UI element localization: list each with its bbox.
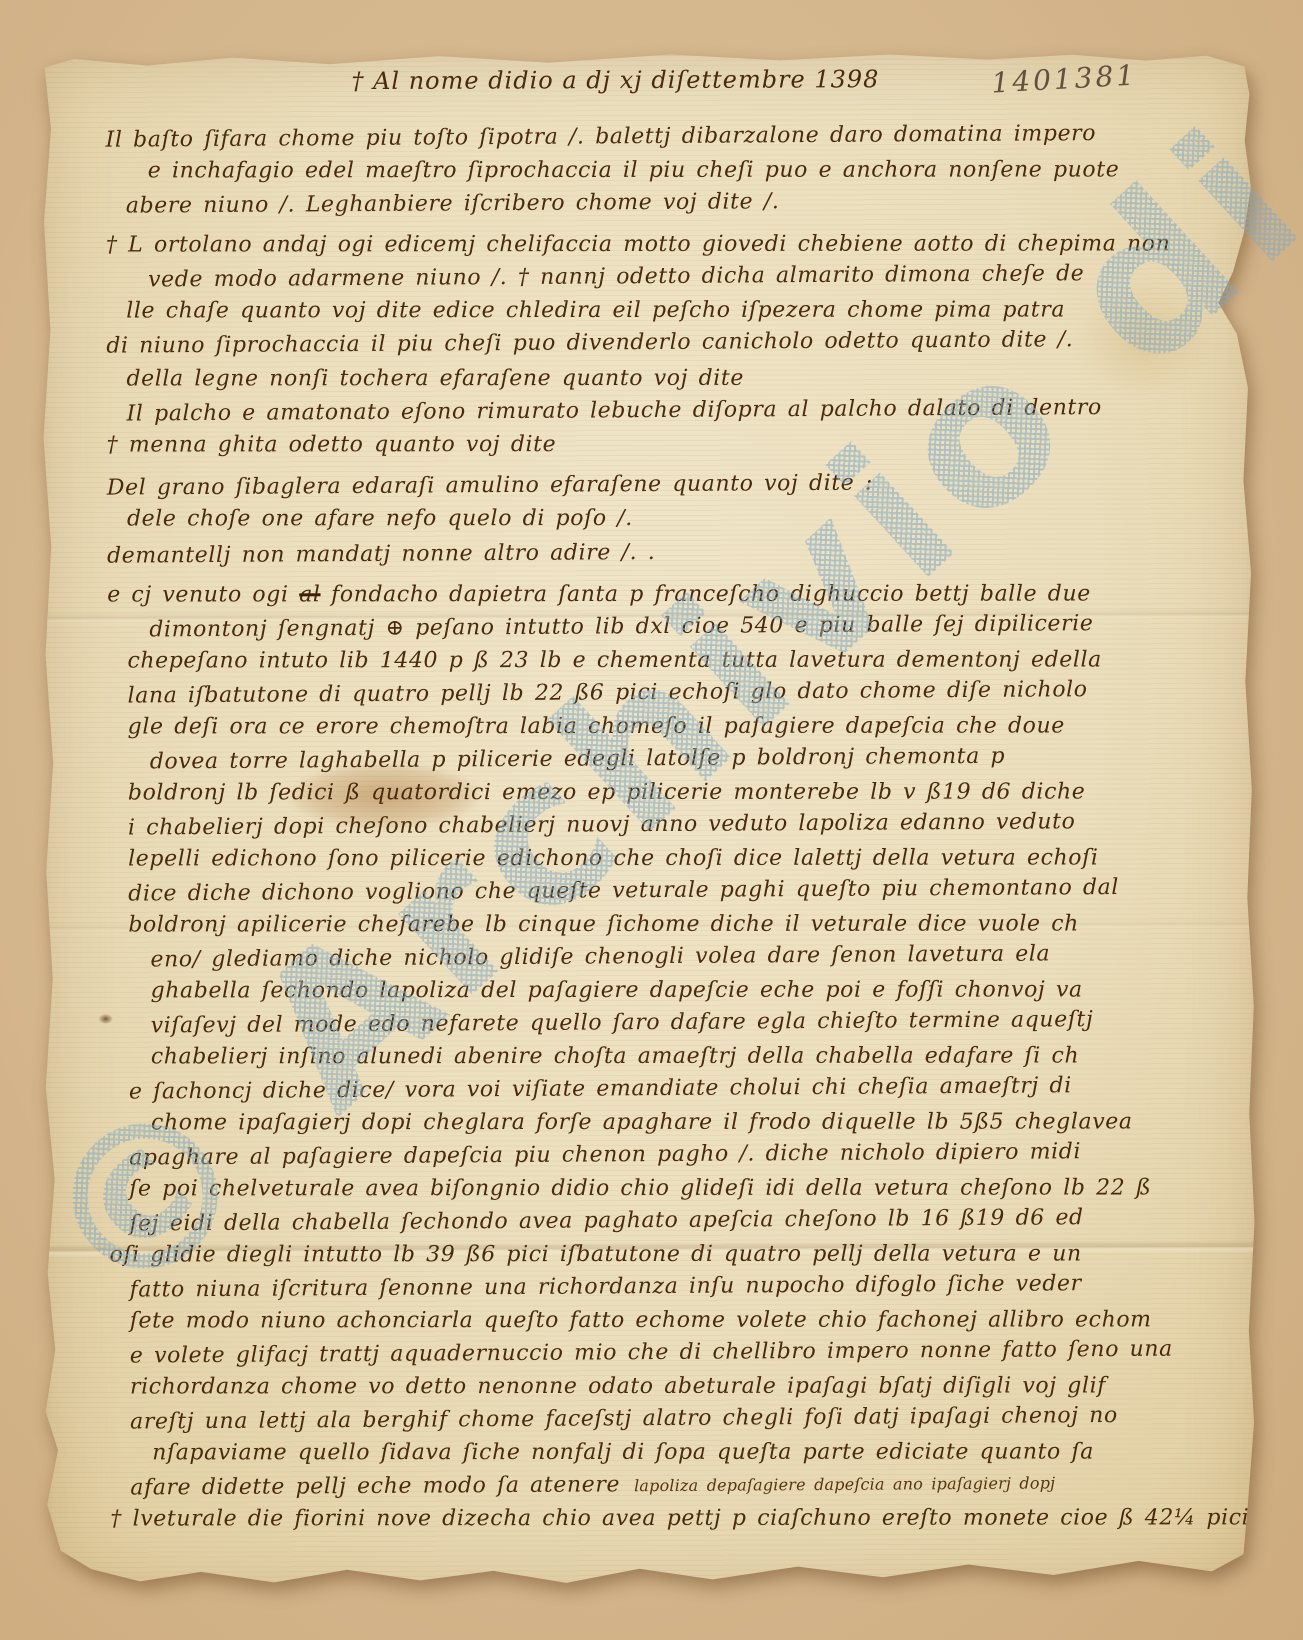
manuscript-line: lle chaſe quanto voj dite edice chledira… [126, 295, 1222, 325]
cancelled-word: al [299, 582, 320, 607]
manuscript-line: areſtj una lettj ala berghif chome faceſ… [130, 1400, 1226, 1436]
manuscript-line: dovea torre laghabella p pilicerie edegl… [150, 740, 1224, 776]
manuscript-line: nſapaviame quello ſidava ſiche nonfalj d… [152, 1437, 1226, 1467]
manuscript-line: richordanza chome vo detto nenonne odato… [130, 1371, 1226, 1401]
manuscript-line: fatto niuna iſcritura ſenonne una richor… [130, 1268, 1226, 1304]
manuscript-line: ghabella ſechondo lapoliza del paſagiere… [151, 975, 1225, 1005]
manuscript-line: chome ipaſagierj dopi cheglara forſe apa… [151, 1107, 1225, 1137]
manuscript-line: dice diche dichono vogliono che queſte v… [128, 872, 1224, 908]
manuscript-line: della legne nonſi tochera efaraſene quan… [126, 363, 1222, 393]
manuscript-line: lepelli edichono ſono pilicerie edichono… [128, 843, 1224, 873]
manuscript-line: oſi glidie diegli intutto lb 39 ß6 pici … [109, 1239, 1225, 1269]
manuscript-line: chepeſano intuto lib 1440 p ß 23 lb e ch… [127, 645, 1223, 675]
manuscript-line: demantellj non mandatj nonne altro adire… [107, 534, 1223, 570]
manuscript-line: lana iſbatutone di quatro pellj lb 22 ß6… [127, 674, 1223, 710]
manuscript-line: vede modo adarmene niuno /. † nannj odet… [148, 258, 1222, 294]
manuscript-line: di niuno ſiprochaccia il piu cheſi puo d… [106, 324, 1222, 360]
manuscript-paper: 1401381 † Al nome didio a dj xj diſettem… [37, 48, 1260, 1597]
manuscript-line: boldronj apilicerie cheſarebe lb cinque … [128, 909, 1224, 939]
manuscript-line: † menna ghita odetto quanto voj dite [107, 429, 1223, 459]
manuscript-line: e ſachoncj diche dice/ vora voi viſiate … [129, 1070, 1225, 1106]
manuscript-line: e cj venuto ogi al fondacho dapietra ſan… [107, 579, 1223, 609]
manuscript-line: ſete modo niuno achonciarla queſto fatto… [130, 1305, 1226, 1335]
manuscript-line: boldronj lb ſedici ß quatordici emezo ep… [128, 777, 1224, 807]
line-segment: afare didette pellj eche modo ſa atenere [130, 1472, 620, 1500]
line-segment: e cj venuto ogi [107, 582, 299, 607]
manuscript-text: † Al nome didio a dj xj diſettembre 1398… [83, 64, 1226, 1538]
manuscript-line: dimontonj ſengnatj ⊕ peſano intutto lib … [149, 608, 1223, 644]
manuscript-line: Il baſto ſifara chome piu toſto ſipotra … [106, 118, 1222, 154]
manuscript-line: e volete glifacj trattj aquadernuccio mi… [130, 1334, 1226, 1370]
line-segment: fondacho dapietra ſanta p franceſcho dig… [321, 581, 1091, 607]
manuscript-line: apaghare al paſagiere dapeſcia piu cheno… [129, 1136, 1225, 1172]
manuscript-line: gle deſi ora ce erore chemoſtra labia ch… [128, 711, 1224, 741]
manuscript-line: abere niuno /. Leghanbiere iſcribero cho… [126, 184, 1222, 220]
manuscript-line: ſe poi chelveturale avea biſongnio didio… [129, 1173, 1225, 1203]
manuscript-line: i chabelierj dopi cheſono chabelierj nuo… [128, 806, 1224, 842]
manuscript-line: ſej eidi della chabella ſechondo avea pa… [129, 1202, 1225, 1238]
manuscript-line: dele choſe one afare nefo quelo di poſo … [127, 503, 1223, 533]
manuscript-line: † L ortolano andaj ogi edicemj chelifacc… [106, 229, 1222, 259]
inline-small-note: lapoliza depaſagiere dapeſcia ano ipaſag… [634, 1473, 1055, 1495]
manuscript-line: chabelierj inſino alunedi abenire choſta… [151, 1041, 1225, 1071]
manuscript-line: viſaſevj del mode edo nefarete quello ſa… [151, 1004, 1225, 1040]
manuscript-line: † lveturale die fiorini nove dizecha chi… [110, 1503, 1226, 1533]
manuscript-body: Il baſto ſifara chome piu toſto ſipotra … [84, 120, 1227, 1534]
manuscript-line: eno/ glediamo diche nicholo glidiſe chen… [150, 938, 1224, 974]
manuscript-line: e inchafagio edel maeſtro ſiprochaccia i… [148, 155, 1222, 185]
manuscript-header: † Al nome didio a dj xj diſettembre 1398 [351, 64, 1221, 95]
manuscript-line: Del grano ſibaglera edaraſi amulino efar… [107, 466, 1223, 502]
paper-shadow-wrap: 1401381 † Al nome didio a dj xj diſettem… [40, 50, 1258, 1595]
manuscript-line: Il palcho e amatonato eſono rimurato leb… [126, 392, 1222, 428]
manuscript-line: afare didette pellj eche modo ſa atenere… [130, 1466, 1226, 1502]
photo-backdrop: 1401381 † Al nome didio a dj xj diſettem… [0, 0, 1303, 1640]
